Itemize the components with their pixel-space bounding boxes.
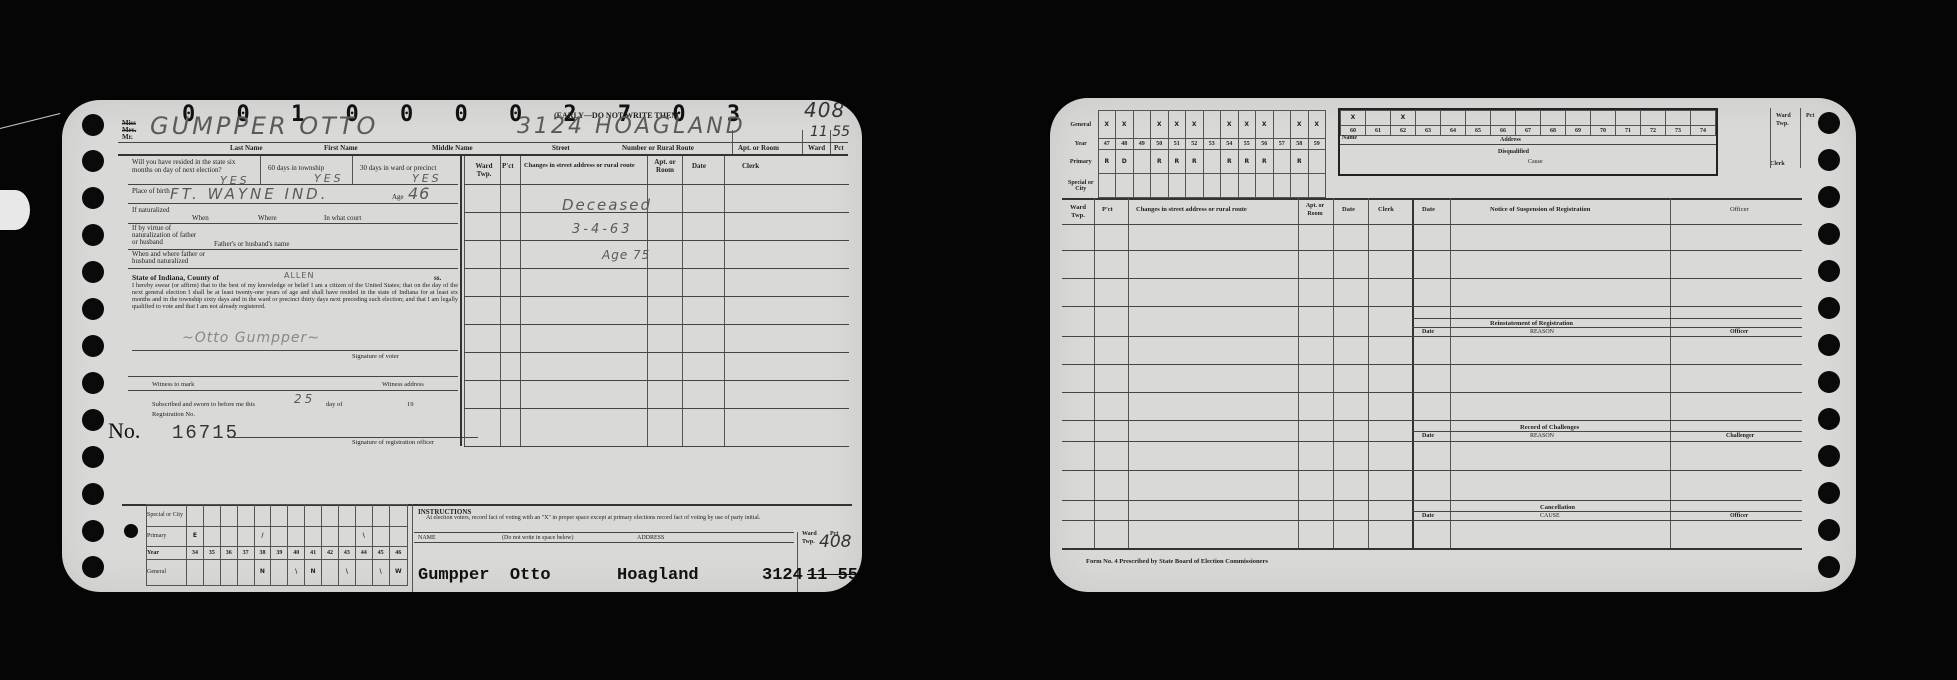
oath-county: ALLEN xyxy=(284,271,314,280)
divider xyxy=(460,156,462,446)
year-cell: 47 xyxy=(1098,139,1116,150)
punch-hole xyxy=(1818,445,1840,467)
row-line xyxy=(464,408,849,409)
row-line xyxy=(1062,392,1802,393)
year-cell: 39 xyxy=(271,546,288,559)
header-suspension-date: Date xyxy=(1422,206,1435,214)
voter-address-handwritten: 3124 HOAGLAND xyxy=(517,114,746,139)
header-challenger: Challenger xyxy=(1726,432,1754,440)
divider xyxy=(500,156,501,446)
row-line xyxy=(464,240,849,241)
label-registration-no: Registration No. xyxy=(152,410,195,419)
label-father-name: Father's or husband's name xyxy=(214,240,289,249)
label-number-route: Number or Rural Route xyxy=(622,144,694,152)
header-apt-room: Apt. or Room xyxy=(1302,202,1328,218)
primary-mark: R xyxy=(1238,150,1256,174)
note-date: 3-4-63 xyxy=(572,222,632,237)
punch-hole xyxy=(82,520,104,542)
row-line xyxy=(1062,306,1802,307)
primary-mark: R xyxy=(1168,150,1186,174)
year-cell: 44 xyxy=(355,546,372,559)
label-court: In what court xyxy=(324,214,361,223)
year-cell: 67 xyxy=(1516,126,1541,136)
year-cell: 55 xyxy=(1238,139,1256,150)
form-footer: Form No. 4 Prescribed by State Board of … xyxy=(1086,558,1268,566)
row-line xyxy=(464,380,849,381)
divider xyxy=(724,156,725,446)
voter-signature: ~Otto Gumpper~ xyxy=(182,330,320,346)
general-mark xyxy=(1273,111,1291,139)
label-cause: Cause xyxy=(1528,158,1543,166)
subscribed-day-of: day of xyxy=(326,400,342,409)
registration-number: 16715 xyxy=(172,422,239,444)
row-line xyxy=(1062,250,1802,251)
year-cell: 51 xyxy=(1168,139,1186,150)
header-cancellation-date: Date xyxy=(1422,512,1434,520)
year-cell: 54 xyxy=(1221,139,1239,150)
row-line xyxy=(464,212,849,213)
residency-question-state: Will you have resided in the state six m… xyxy=(132,158,242,174)
header-changes-address: Changes in street address or rural route xyxy=(524,162,646,170)
label-pct: Pct xyxy=(834,144,844,152)
punch-hole xyxy=(1818,260,1840,282)
divider xyxy=(118,154,848,156)
year-cell: 71 xyxy=(1616,126,1641,136)
row-line xyxy=(1062,500,1802,501)
scan-artifact xyxy=(0,190,30,230)
row-line xyxy=(1062,336,1802,337)
header-ward-twp: Ward Twp. xyxy=(1066,204,1090,220)
label-name: Name xyxy=(1342,134,1357,142)
oath-ss: ss. xyxy=(434,274,441,282)
year-cell: 53 xyxy=(1203,139,1221,150)
row-line xyxy=(464,446,849,447)
divider xyxy=(732,130,733,154)
year-cell: 42 xyxy=(322,546,339,559)
subscribed-year: 19 xyxy=(407,400,414,409)
primary-mark xyxy=(1308,150,1326,174)
divider xyxy=(1340,144,1716,145)
row-line xyxy=(1062,364,1802,365)
general-mark: X xyxy=(1238,111,1256,139)
year-cell: 57 xyxy=(1273,139,1291,150)
divider xyxy=(118,142,848,143)
header-suspension-officer: Officer xyxy=(1730,206,1749,214)
punch-hole xyxy=(82,409,104,431)
divider xyxy=(1800,108,1801,168)
row-line xyxy=(1412,511,1802,512)
row-label-general: General xyxy=(1064,111,1098,139)
subscribed-text: Subscribed and sworn to before me this xyxy=(152,400,255,409)
year-cell: 52 xyxy=(1186,139,1204,150)
label-first-name: First Name xyxy=(324,144,358,152)
row-line xyxy=(1412,318,1802,319)
punch-hole xyxy=(1818,112,1840,134)
row-line xyxy=(1062,420,1802,421)
year-cell: 72 xyxy=(1641,126,1666,136)
primary-mark: R xyxy=(1221,150,1239,174)
year-cell: 68 xyxy=(1541,126,1566,136)
typed-street: Hoagland xyxy=(617,566,699,585)
punch-hole xyxy=(1818,556,1840,578)
divider xyxy=(128,203,458,204)
label-when: When xyxy=(192,214,209,223)
row-line xyxy=(1412,327,1802,328)
punch-hole xyxy=(1818,223,1840,245)
typed-ward-pct: 11 55 xyxy=(807,566,858,585)
row-label-year: Year xyxy=(1064,139,1098,150)
general-mark: X xyxy=(1151,111,1169,139)
year-cell: 48 xyxy=(1116,139,1134,150)
general-mark: X xyxy=(1116,111,1134,139)
year-cell: 65 xyxy=(1466,126,1491,136)
year-cell: 56 xyxy=(1256,139,1274,150)
general-mark: X xyxy=(1291,111,1309,139)
punch-hole xyxy=(82,298,104,320)
year-cell: 73 xyxy=(1666,126,1691,136)
punch-hole-small xyxy=(124,524,138,538)
header-reinstatement-officer: Officer xyxy=(1730,328,1748,336)
label-disqualified: Disqualified xyxy=(1498,148,1529,156)
divider xyxy=(412,504,413,592)
general-mark: X xyxy=(1341,111,1366,126)
row-line xyxy=(1062,278,1802,279)
punch-hole xyxy=(82,372,104,394)
general-mark: X xyxy=(1308,111,1326,139)
divider xyxy=(128,268,458,269)
general-mark xyxy=(1203,111,1221,139)
header-suspension-notice: Notice of Suspension of Registration xyxy=(1490,206,1590,214)
divider xyxy=(464,156,465,446)
label-middle-name: Middle Name xyxy=(432,144,473,152)
label-naturalized: If naturalized xyxy=(132,206,182,214)
row-line xyxy=(464,324,849,325)
row-line xyxy=(464,268,849,269)
primary-mark: R xyxy=(1291,150,1309,174)
year-cell: 38 xyxy=(254,546,271,559)
primary-mark: R xyxy=(1256,150,1274,174)
header-challenges-date: Date xyxy=(1422,432,1434,440)
header-reinstatement-date: Date xyxy=(1422,328,1434,336)
primary-mark: R xyxy=(1151,150,1169,174)
divider xyxy=(830,130,831,154)
header-challenges-reason: REASON xyxy=(1530,432,1554,440)
title-mr: Mr. xyxy=(122,134,133,141)
primary-mark xyxy=(1133,150,1151,174)
header-cancellation-cause: CAUSE xyxy=(1540,512,1560,520)
divider xyxy=(128,376,458,377)
divider xyxy=(682,156,683,446)
label-street: Street xyxy=(552,144,570,152)
registration-card-back: General X X X X X X X X X X Year 47 48 4… xyxy=(1050,98,1856,592)
row-line xyxy=(1062,224,1802,225)
punch-hole xyxy=(1818,519,1840,541)
punch-hole xyxy=(82,483,104,505)
primary-mark: R xyxy=(1186,150,1204,174)
footer-ward-handwritten: 408 xyxy=(819,532,851,552)
label-ward-twp-footer: Ward Twp. xyxy=(802,530,820,546)
label-pct: Pct xyxy=(1806,112,1814,120)
row-label-general: General xyxy=(147,559,187,585)
punch-hole xyxy=(1818,149,1840,171)
punch-hole xyxy=(82,187,104,209)
header-cancellation-officer: Officer xyxy=(1730,512,1748,520)
registration-card-front: 0 0 1 0 0 0 0 2 7 0 3 (EARLY—DO NOT WRIT… xyxy=(62,100,862,592)
label-clerk: Clerk xyxy=(1770,160,1785,168)
punch-hole xyxy=(82,224,104,246)
punch-hole xyxy=(1818,334,1840,356)
label-apt-room: Apt. or Room xyxy=(738,144,779,152)
general-mark: X xyxy=(1391,111,1416,126)
divider xyxy=(260,156,261,184)
label-ward: Ward xyxy=(808,144,825,152)
year-cell: 34 xyxy=(187,546,204,559)
punch-hole xyxy=(1818,371,1840,393)
scan-artifact xyxy=(0,113,60,129)
voting-grid-right-years: X X 60 61 62 63 64 65 66 67 68 69 70 71 … xyxy=(1340,110,1716,136)
label-ward-twp: Ward Twp. xyxy=(1776,112,1794,128)
label-signature-voter: Signature of voter xyxy=(352,352,399,361)
year-cell: 50 xyxy=(1151,139,1169,150)
punch-hole xyxy=(82,261,104,283)
year-cell: 46 xyxy=(389,546,408,559)
label-father-when-where: When and where father or husband natural… xyxy=(132,251,222,265)
header-date: Date xyxy=(692,162,706,170)
header-changes-address: Changes in street address or rural route xyxy=(1136,206,1247,214)
instructions-text: At election voters, record fact of votin… xyxy=(426,515,826,522)
ward-number-handwritten: 408 xyxy=(804,100,845,122)
note-age: Age 75 xyxy=(602,248,650,262)
punch-hole xyxy=(1818,186,1840,208)
header-clerk: Clerk xyxy=(742,162,759,170)
row-line xyxy=(464,352,849,353)
year-cell: 49 xyxy=(1133,139,1151,150)
label-address: Address xyxy=(1500,136,1521,144)
header-pct: P'ct xyxy=(1102,206,1113,214)
general-mark: X xyxy=(1221,111,1239,139)
divider xyxy=(414,532,794,533)
age-value: 46 xyxy=(408,184,430,203)
row-line xyxy=(1062,520,1802,521)
punch-hole xyxy=(82,335,104,357)
year-cell: 41 xyxy=(305,546,322,559)
general-mark: X xyxy=(1098,111,1116,139)
row-line xyxy=(1062,441,1802,442)
note-deceased: Deceased xyxy=(562,196,652,214)
label-age: Age xyxy=(392,193,404,202)
oath-heading: State of Indiana, County of xyxy=(132,274,219,282)
row-label-special: Special or City xyxy=(1064,174,1098,198)
row-label-year: Year xyxy=(147,546,187,559)
voter-name-handwritten: GUMPPER OTTO xyxy=(150,112,378,140)
row-label-special: Special or City xyxy=(147,505,187,527)
label-place-of-birth: Place of birth xyxy=(132,187,172,195)
label-last-name: Last Name xyxy=(230,144,262,152)
year-cell: 66 xyxy=(1491,126,1516,136)
divider xyxy=(520,156,521,446)
residency-question-ward: 30 days in ward or precinct xyxy=(360,164,440,172)
divider xyxy=(352,156,353,184)
punch-hole xyxy=(82,150,104,172)
year-cell: 61 xyxy=(1366,126,1391,136)
year-cell: 36 xyxy=(220,546,237,559)
general-mark xyxy=(1366,111,1391,126)
year-cell: 69 xyxy=(1566,126,1591,136)
punch-hole xyxy=(82,114,104,136)
year-cell: 74 xyxy=(1691,126,1716,136)
year-cell: 59 xyxy=(1308,139,1326,150)
punch-hole xyxy=(1818,482,1840,504)
label-registration-officer: Signature of registration officer xyxy=(352,438,434,447)
header-ward-twp: Ward Twp. xyxy=(470,162,498,178)
typed-voter-name: Gumpper Otto xyxy=(418,566,551,585)
year-cell: 37 xyxy=(237,546,254,559)
label-witness-mark: Witness to mark xyxy=(152,380,194,389)
year-cell: 62 xyxy=(1391,126,1416,136)
divider xyxy=(414,542,794,543)
general-mark: X xyxy=(1168,111,1186,139)
row-line xyxy=(1062,470,1802,471)
general-mark xyxy=(1133,111,1151,139)
punch-hole xyxy=(82,446,104,468)
row-line xyxy=(464,296,849,297)
general-mark: X xyxy=(1256,111,1274,139)
punch-hole xyxy=(1818,297,1840,319)
divider xyxy=(128,223,458,224)
divider xyxy=(1062,198,1802,200)
typed-house-number: 3124 xyxy=(762,566,803,585)
signature-line xyxy=(132,350,458,351)
punch-hole xyxy=(82,556,104,578)
voting-history-grid-back-left: General X X X X X X X X X X Year 47 48 4… xyxy=(1064,110,1326,198)
divider xyxy=(802,130,803,154)
row-label-primary: Primary xyxy=(1064,150,1098,174)
primary-mark xyxy=(1203,150,1221,174)
label-where: Where xyxy=(258,214,277,223)
year-cell: 63 xyxy=(1416,126,1441,136)
primary-mark xyxy=(1273,150,1291,174)
header-pct: P'ct xyxy=(502,162,514,170)
row-line xyxy=(464,184,849,185)
year-cell: 43 xyxy=(338,546,355,559)
label-witness-address: Witness address xyxy=(382,380,424,389)
voting-history-grid-front: Special or City Primary E/\ Year 34 35 3… xyxy=(146,504,408,586)
year-cell: 45 xyxy=(372,546,389,559)
header-apt-room: Apt. or Room xyxy=(650,158,680,174)
year-cell: 64 xyxy=(1441,126,1466,136)
year-cell: 70 xyxy=(1591,126,1616,136)
no-symbol: No. xyxy=(108,418,140,444)
year-cell: 58 xyxy=(1291,139,1309,150)
subscribed-day: 25 xyxy=(294,392,315,406)
header-date: Date xyxy=(1342,206,1355,214)
divider xyxy=(1770,108,1771,168)
year-cell: 35 xyxy=(203,546,220,559)
row-line xyxy=(1062,548,1802,550)
general-mark: X xyxy=(1186,111,1204,139)
primary-mark: R xyxy=(1098,150,1116,174)
residency-question-township: 60 days in township xyxy=(268,164,328,172)
row-label-primary: Primary xyxy=(147,526,187,546)
year-cell: 40 xyxy=(288,546,305,559)
label-father-naturalization: If by virtue of naturalization of father… xyxy=(132,225,202,246)
header-reinstatement-reason: REASON xyxy=(1530,328,1554,336)
header-clerk: Clerk xyxy=(1378,206,1394,214)
row-line xyxy=(1412,431,1802,432)
divider xyxy=(128,390,458,391)
oath-text: I hereby swear (or affirm) that to the b… xyxy=(132,282,458,310)
punch-hole xyxy=(1818,408,1840,430)
place-of-birth-value: FT. WAYNE IND. xyxy=(170,185,328,203)
primary-mark: D xyxy=(1116,150,1134,174)
